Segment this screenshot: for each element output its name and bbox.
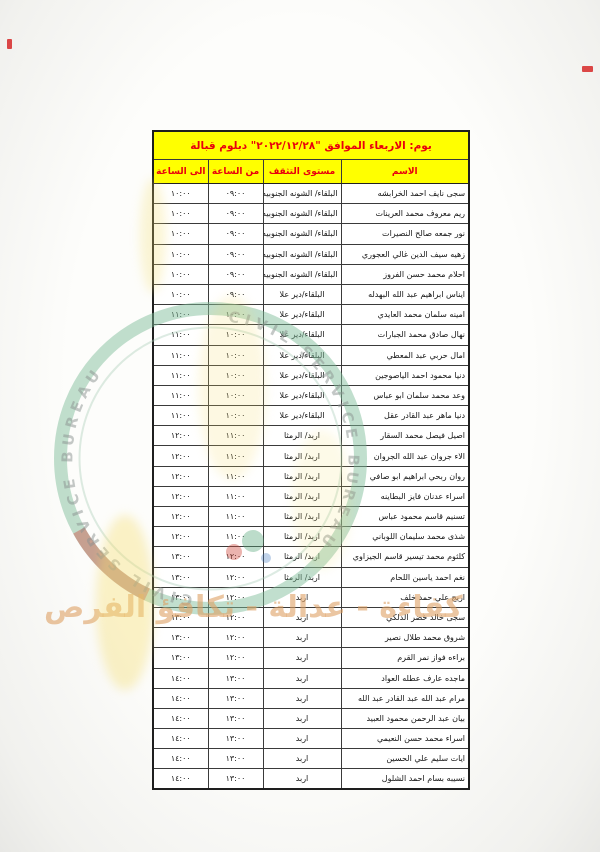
cell-time-to: ١٢:٠٠	[153, 466, 208, 486]
cell-student-name: سجى خالد خضر الدلكي	[341, 607, 469, 627]
cell-time-to: ١٤:٠٠	[153, 688, 208, 708]
cell-location: اربد	[263, 628, 341, 648]
cell-student-name: وعد محمد سلمان ابو عباس	[341, 385, 469, 405]
cell-location: البلقاء/ الشونه الجنوبيه	[263, 264, 341, 284]
cell-time-from: ١٣:٠٠	[208, 708, 263, 728]
cell-time-to: ١٣:٠٠	[153, 547, 208, 567]
cell-student-name: امال حربي عبد المعطي	[341, 345, 469, 365]
cell-location: اربد	[263, 648, 341, 668]
cell-student-name: اريج علي حمد خلف	[341, 587, 469, 607]
cell-time-from: ١٣:٠٠	[208, 749, 263, 769]
cell-location: اربد	[263, 668, 341, 688]
cell-time-to: ١١:٠٠	[153, 345, 208, 365]
cell-time-to: ١٠:٠٠	[153, 204, 208, 224]
cell-time-to: ١١:٠٠	[153, 385, 208, 405]
cell-time-to: ١٣:٠٠	[153, 648, 208, 668]
cell-time-to: ١٣:٠٠	[153, 628, 208, 648]
cell-location: اربد/ الرمثا	[263, 466, 341, 486]
cell-location: اربد/ الرمثا	[263, 547, 341, 567]
cell-location: البلقاء/ الشونه الجنوبيه	[263, 244, 341, 264]
table-row: اصيل فيصل محمد السقار اربد/ الرمثا ١١:٠٠…	[153, 426, 469, 446]
table-row: ماجده عارف عطله العواد اربد ١٣:٠٠ ١٤:٠٠	[153, 668, 469, 688]
cell-time-from: ١٠:٠٠	[208, 385, 263, 405]
cell-location: اربد/ الرمثا	[263, 507, 341, 527]
cell-student-name: تسنيم قاسم محمود عباس	[341, 507, 469, 527]
cell-time-to: ١١:٠٠	[153, 325, 208, 345]
cell-time-to: ١٢:٠٠	[153, 507, 208, 527]
column-header-level: مستوى التثقف	[263, 160, 341, 184]
cell-time-from: ١٢:٠٠	[208, 567, 263, 587]
cell-time-to: ١٢:٠٠	[153, 446, 208, 466]
cell-student-name: كلثوم محمد تيسير قاسم الجيزاوي	[341, 547, 469, 567]
cell-student-name: مرام عبد الله عبد القادر عبد الله	[341, 688, 469, 708]
cell-student-name: سجى نايف احمد الخرابشه	[341, 184, 469, 204]
cell-time-from: ١١:٠٠	[208, 527, 263, 547]
cell-location: البلقاء/ الشونه الجنوبيه	[263, 204, 341, 224]
cell-time-to: ١٣:٠٠	[153, 607, 208, 627]
cell-time-from: ٠٩:٠٠	[208, 184, 263, 204]
table-row: ريم معروف محمد العرينات البلقاء/ الشونه …	[153, 204, 469, 224]
table-row: كلثوم محمد تيسير قاسم الجيزاوي اربد/ الر…	[153, 547, 469, 567]
table-row: دنيا محمود احمد الياصوجين البلقاء/دير عل…	[153, 365, 469, 385]
cell-student-name: ايناس ابراهيم عبد الله البهدله	[341, 284, 469, 304]
red-scan-mark-right	[582, 66, 593, 72]
cell-time-from: ٠٩:٠٠	[208, 244, 263, 264]
table-row: نغم احمد ياسين اللحام اربد/ الرمثا ١٢:٠٠…	[153, 567, 469, 587]
cell-time-from: ٠٩:٠٠	[208, 284, 263, 304]
table-header-row: الاسم مستوى التثقف من الساعة الى الساعة	[153, 160, 469, 184]
table-row: ايات سليم علي الحسين اربد ١٣:٠٠ ١٤:٠٠	[153, 749, 469, 769]
cell-location: اربد	[263, 729, 341, 749]
cell-location: البلقاء/ الشونه الجنوبيه	[263, 184, 341, 204]
cell-time-to: ١٢:٠٠	[153, 426, 208, 446]
table-row: وعد محمد سلمان ابو عباس البلقاء/دير علا …	[153, 385, 469, 405]
cell-time-to: ١٠:٠٠	[153, 224, 208, 244]
cell-time-from: ١١:٠٠	[208, 426, 263, 446]
cell-time-to: ١٤:٠٠	[153, 708, 208, 728]
cell-student-name: نغم احمد ياسين اللحام	[341, 567, 469, 587]
column-header-from: من الساعة	[208, 160, 263, 184]
cell-student-name: ماجده عارف عطله العواد	[341, 668, 469, 688]
table-row: نهال صادق محمد الجبارات البلقاء/دير علا …	[153, 325, 469, 345]
table-row: نسيبه بسام احمد الشلول اربد ١٣:٠٠ ١٤:٠٠	[153, 769, 469, 789]
cell-time-to: ١٠:٠٠	[153, 184, 208, 204]
table-row: اسراء عدنان فايز البطاينه اربد/ الرمثا ١…	[153, 486, 469, 506]
cell-time-from: ١٣:٠٠	[208, 769, 263, 789]
cell-time-from: ١٢:٠٠	[208, 607, 263, 627]
cell-time-from: ١١:٠٠	[208, 486, 263, 506]
cell-time-from: ١٢:٠٠	[208, 587, 263, 607]
cell-time-from: ١١:٠٠	[208, 466, 263, 486]
cell-time-from: ٠٩:٠٠	[208, 204, 263, 224]
cell-time-to: ١٤:٠٠	[153, 668, 208, 688]
table-row: اسراء محمد حسن النعيمي اربد ١٣:٠٠ ١٤:٠٠	[153, 729, 469, 749]
cell-student-name: شروق محمد طلال نصير	[341, 628, 469, 648]
cell-time-from: ١٢:٠٠	[208, 628, 263, 648]
cell-location: اربد	[263, 587, 341, 607]
cell-location: البلقاء/دير علا	[263, 385, 341, 405]
cell-time-from: ١٢:٠٠	[208, 648, 263, 668]
table-body: سجى نايف احمد الخرابشه البلقاء/ الشونه ا…	[153, 184, 469, 790]
cell-location: البلقاء/دير علا	[263, 365, 341, 385]
cell-student-name: ريم معروف محمد العرينات	[341, 204, 469, 224]
cell-time-to: ١١:٠٠	[153, 365, 208, 385]
cell-location: اربد/ الرمثا	[263, 446, 341, 466]
cell-time-to: ١٤:٠٠	[153, 769, 208, 789]
cell-student-name: دنيا ماهر عبد القادر عقل	[341, 406, 469, 426]
cell-time-from: ١١:٠٠	[208, 507, 263, 527]
cell-location: اربد/ الرمثا	[263, 567, 341, 587]
cell-student-name: براءه فواز نمر القرم	[341, 648, 469, 668]
cell-time-from: ١٠:٠٠	[208, 345, 263, 365]
schedule-table: يوم: الاربعاء الموافق "٢٠٢٢/١٢/٢٨" دبلوم…	[152, 130, 470, 790]
cell-location: البلقاء/ الشونه الجنوبيه	[263, 224, 341, 244]
table-row: سجى خالد خضر الدلكي اربد ١٢:٠٠ ١٣:٠٠	[153, 607, 469, 627]
cell-time-to: ١٠:٠٠	[153, 284, 208, 304]
cell-student-name: نور جمعه صالح النصيرات	[341, 224, 469, 244]
table-row: سجى نايف احمد الخرابشه البلقاء/ الشونه ا…	[153, 184, 469, 204]
cell-time-from: ١٠:٠٠	[208, 406, 263, 426]
cell-time-from: ١٣:٠٠	[208, 688, 263, 708]
table-row: دنيا ماهر عبد القادر عقل البلقاء/دير علا…	[153, 406, 469, 426]
cell-time-from: ١٠:٠٠	[208, 305, 263, 325]
cell-time-from: ١٠:٠٠	[208, 325, 263, 345]
cell-location: اربد/ الرمثا	[263, 527, 341, 547]
cell-location: البلقاء/دير علا	[263, 345, 341, 365]
table-row: شروق محمد طلال نصير اربد ١٢:٠٠ ١٣:٠٠	[153, 628, 469, 648]
cell-time-to: ١١:٠٠	[153, 305, 208, 325]
cell-time-to: ١٠:٠٠	[153, 264, 208, 284]
table-row: زهيه سيف الدين غالي العجوري البلقاء/ الش…	[153, 244, 469, 264]
cell-student-name: احلام محمد حسن الفروز	[341, 264, 469, 284]
cell-location: اربد	[263, 769, 341, 789]
cell-time-to: ١٣:٠٠	[153, 567, 208, 587]
table-title-row: يوم: الاربعاء الموافق "٢٠٢٢/١٢/٢٨" دبلوم…	[153, 131, 469, 160]
cell-student-name: امينه سلمان محمد العايدي	[341, 305, 469, 325]
table-row: امينه سلمان محمد العايدي البلقاء/دير علا…	[153, 305, 469, 325]
cell-time-from: ١١:٠٠	[208, 446, 263, 466]
cell-student-name: روان ربحي ابراهيم ابو صافي	[341, 466, 469, 486]
table-row: براءه فواز نمر القرم اربد ١٢:٠٠ ١٣:٠٠	[153, 648, 469, 668]
cell-student-name: بيان عبد الرحمن محمود العبيد	[341, 708, 469, 728]
cell-location: البلقاء/دير علا	[263, 284, 341, 304]
cell-time-to: ١٠:٠٠	[153, 244, 208, 264]
cell-location: اربد	[263, 688, 341, 708]
cell-location: البلقاء/دير علا	[263, 325, 341, 345]
scanned-page: يوم: الاربعاء الموافق "٢٠٢٢/١٢/٢٨" دبلوم…	[0, 0, 600, 852]
table-row: بيان عبد الرحمن محمود العبيد اربد ١٣:٠٠ …	[153, 708, 469, 728]
table-row: شذى محمد سليمان اللوباني اربد/ الرمثا ١١…	[153, 527, 469, 547]
cell-student-name: نسيبه بسام احمد الشلول	[341, 769, 469, 789]
cell-student-name: ايات سليم علي الحسين	[341, 749, 469, 769]
cell-location: اربد	[263, 749, 341, 769]
cell-location: البلقاء/دير علا	[263, 406, 341, 426]
cell-student-name: دنيا محمود احمد الياصوجين	[341, 365, 469, 385]
cell-location: اربد	[263, 708, 341, 728]
cell-student-name: اصيل فيصل محمد السقار	[341, 426, 469, 446]
cell-student-name: اسراء محمد حسن النعيمي	[341, 729, 469, 749]
cell-student-name: نهال صادق محمد الجبارات	[341, 325, 469, 345]
table-row: الاء جروان عبد الله الجروان اربد/ الرمثا…	[153, 446, 469, 466]
cell-time-from: ١٣:٠٠	[208, 668, 263, 688]
cell-student-name: شذى محمد سليمان اللوباني	[341, 527, 469, 547]
cell-location: اربد/ الرمثا	[263, 486, 341, 506]
cell-location: البلقاء/دير علا	[263, 305, 341, 325]
cell-location: اربد/ الرمثا	[263, 426, 341, 446]
cell-time-to: ١١:٠٠	[153, 406, 208, 426]
cell-student-name: زهيه سيف الدين غالي العجوري	[341, 244, 469, 264]
red-scan-mark-left	[7, 39, 12, 49]
cell-time-from: ١٢:٠٠	[208, 547, 263, 567]
column-header-to: الى الساعة	[153, 160, 208, 184]
cell-time-from: ٠٩:٠٠	[208, 224, 263, 244]
table-title: يوم: الاربعاء الموافق "٢٠٢٢/١٢/٢٨" دبلوم…	[153, 131, 469, 160]
table-row: اريج علي حمد خلف اربد ١٢:٠٠ ١٣:٠٠	[153, 587, 469, 607]
cell-time-from: ٠٩:٠٠	[208, 264, 263, 284]
table-row: مرام عبد الله عبد القادر عبد الله اربد ١…	[153, 688, 469, 708]
cell-time-to: ١٢:٠٠	[153, 527, 208, 547]
cell-time-to: ١٤:٠٠	[153, 729, 208, 749]
column-header-name: الاسم	[341, 160, 469, 184]
cell-time-from: ١٠:٠٠	[208, 365, 263, 385]
cell-location: اربد	[263, 607, 341, 627]
cell-time-to: ١٤:٠٠	[153, 749, 208, 769]
table-row: تسنيم قاسم محمود عباس اربد/ الرمثا ١١:٠٠…	[153, 507, 469, 527]
table-row: احلام محمد حسن الفروز البلقاء/ الشونه ال…	[153, 264, 469, 284]
table-row: روان ربحي ابراهيم ابو صافي اربد/ الرمثا …	[153, 466, 469, 486]
table-row: ايناس ابراهيم عبد الله البهدله البلقاء/د…	[153, 284, 469, 304]
table-row: امال حربي عبد المعطي البلقاء/دير علا ١٠:…	[153, 345, 469, 365]
yellow-highlight-blob	[96, 515, 154, 690]
cell-time-to: ١٢:٠٠	[153, 486, 208, 506]
cell-time-from: ١٣:٠٠	[208, 729, 263, 749]
cell-time-to: ١٣:٠٠	[153, 587, 208, 607]
cell-student-name: الاء جروان عبد الله الجروان	[341, 446, 469, 466]
table-row: نور جمعه صالح النصيرات البلقاء/ الشونه ا…	[153, 224, 469, 244]
cell-student-name: اسراء عدنان فايز البطاينه	[341, 486, 469, 506]
